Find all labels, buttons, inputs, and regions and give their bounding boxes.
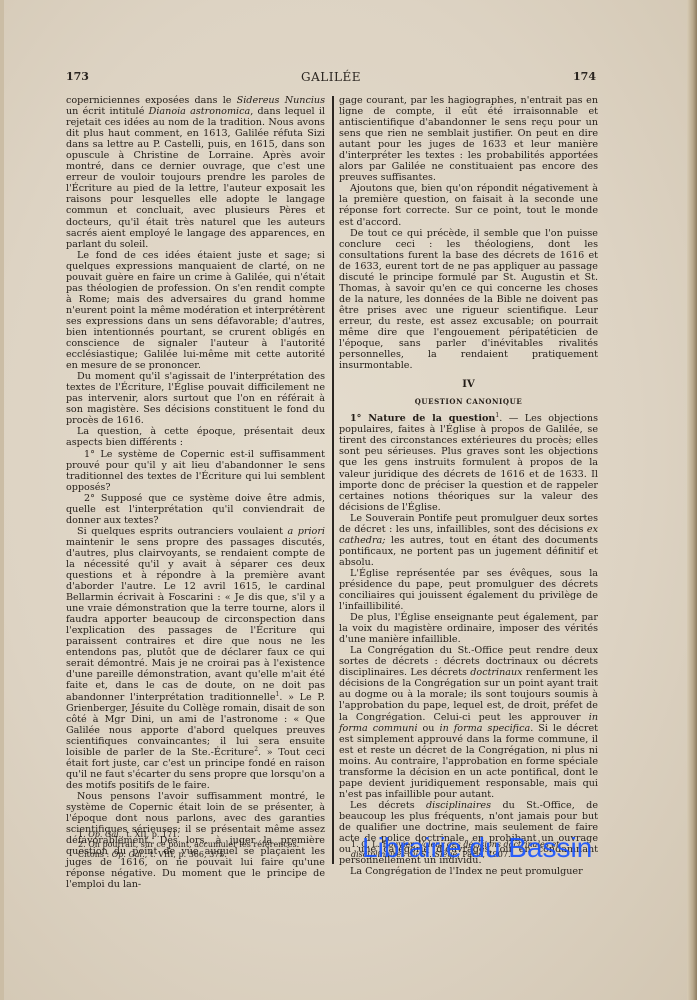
paragraph: 2° Supposé que ce système doive être adm… <box>66 493 325 526</box>
paragraph: De tout ce qui précède, il semble que l'… <box>339 228 598 372</box>
paragraph: gage courant, par les hagiographes, n'en… <box>339 95 598 183</box>
paragraph: La Congrégation de l'Index ne peut promu… <box>339 866 598 877</box>
page-number-right: 174 <box>573 70 596 83</box>
paragraph: 1° Nature de la question1. — Les objecti… <box>339 413 598 512</box>
footnote-divider <box>332 840 334 864</box>
section-title: QUESTION CANONIQUE <box>339 396 598 407</box>
footnote: 1. Op. Gal., t. XII, p. 171. <box>66 830 326 840</box>
paragraph: La question, à cette époque, présentait … <box>66 426 325 448</box>
running-title: GALILÉE <box>66 70 596 84</box>
section-number: IV <box>339 379 598 390</box>
paragraph: Ajoutons que, bien qu'on répondit négati… <box>339 183 598 227</box>
paragraph: coperniciennes exposées dans le Sidereus… <box>66 95 325 250</box>
paragraph: Du moment qu'il s'agissait de l'interpré… <box>66 371 325 426</box>
running-header: 173 GALILÉE 174 <box>66 70 596 86</box>
paragraph: La Congrégation du St.-Office peut rendr… <box>339 645 598 800</box>
right-column: gage courant, par les hagiographes, n'en… <box>339 95 598 877</box>
column-divider <box>332 96 334 861</box>
book-page: 173 GALILÉE 174 coperniciennes exposées … <box>0 0 697 1000</box>
footnote: 2. On pourrait, sur ce point, accumuler … <box>66 840 326 860</box>
page-left-edge <box>0 0 4 1000</box>
paragraph: Le Souverain Pontife peut promulguer deu… <box>339 513 598 568</box>
paragraph: De plus, l'Église enseignante peut égale… <box>339 612 598 645</box>
paragraph: 1° Le système de Copernic est-il suffisa… <box>66 449 325 493</box>
left-column: coperniciennes exposées dans le Sidereus… <box>66 95 325 890</box>
left-footnotes: 1. Op. Gal., t. XII, p. 171. 2. On pourr… <box>66 830 326 860</box>
watermark-text: Librairie du Bassin <box>362 832 592 864</box>
paragraph: L'Église représentée par ses évêques, so… <box>339 568 598 612</box>
page-right-edge <box>687 0 697 1000</box>
paragraph: Le fond de ces idées étaient juste et sa… <box>66 250 325 372</box>
paragraph: Si quelques esprits outranciers voulaien… <box>66 526 325 791</box>
